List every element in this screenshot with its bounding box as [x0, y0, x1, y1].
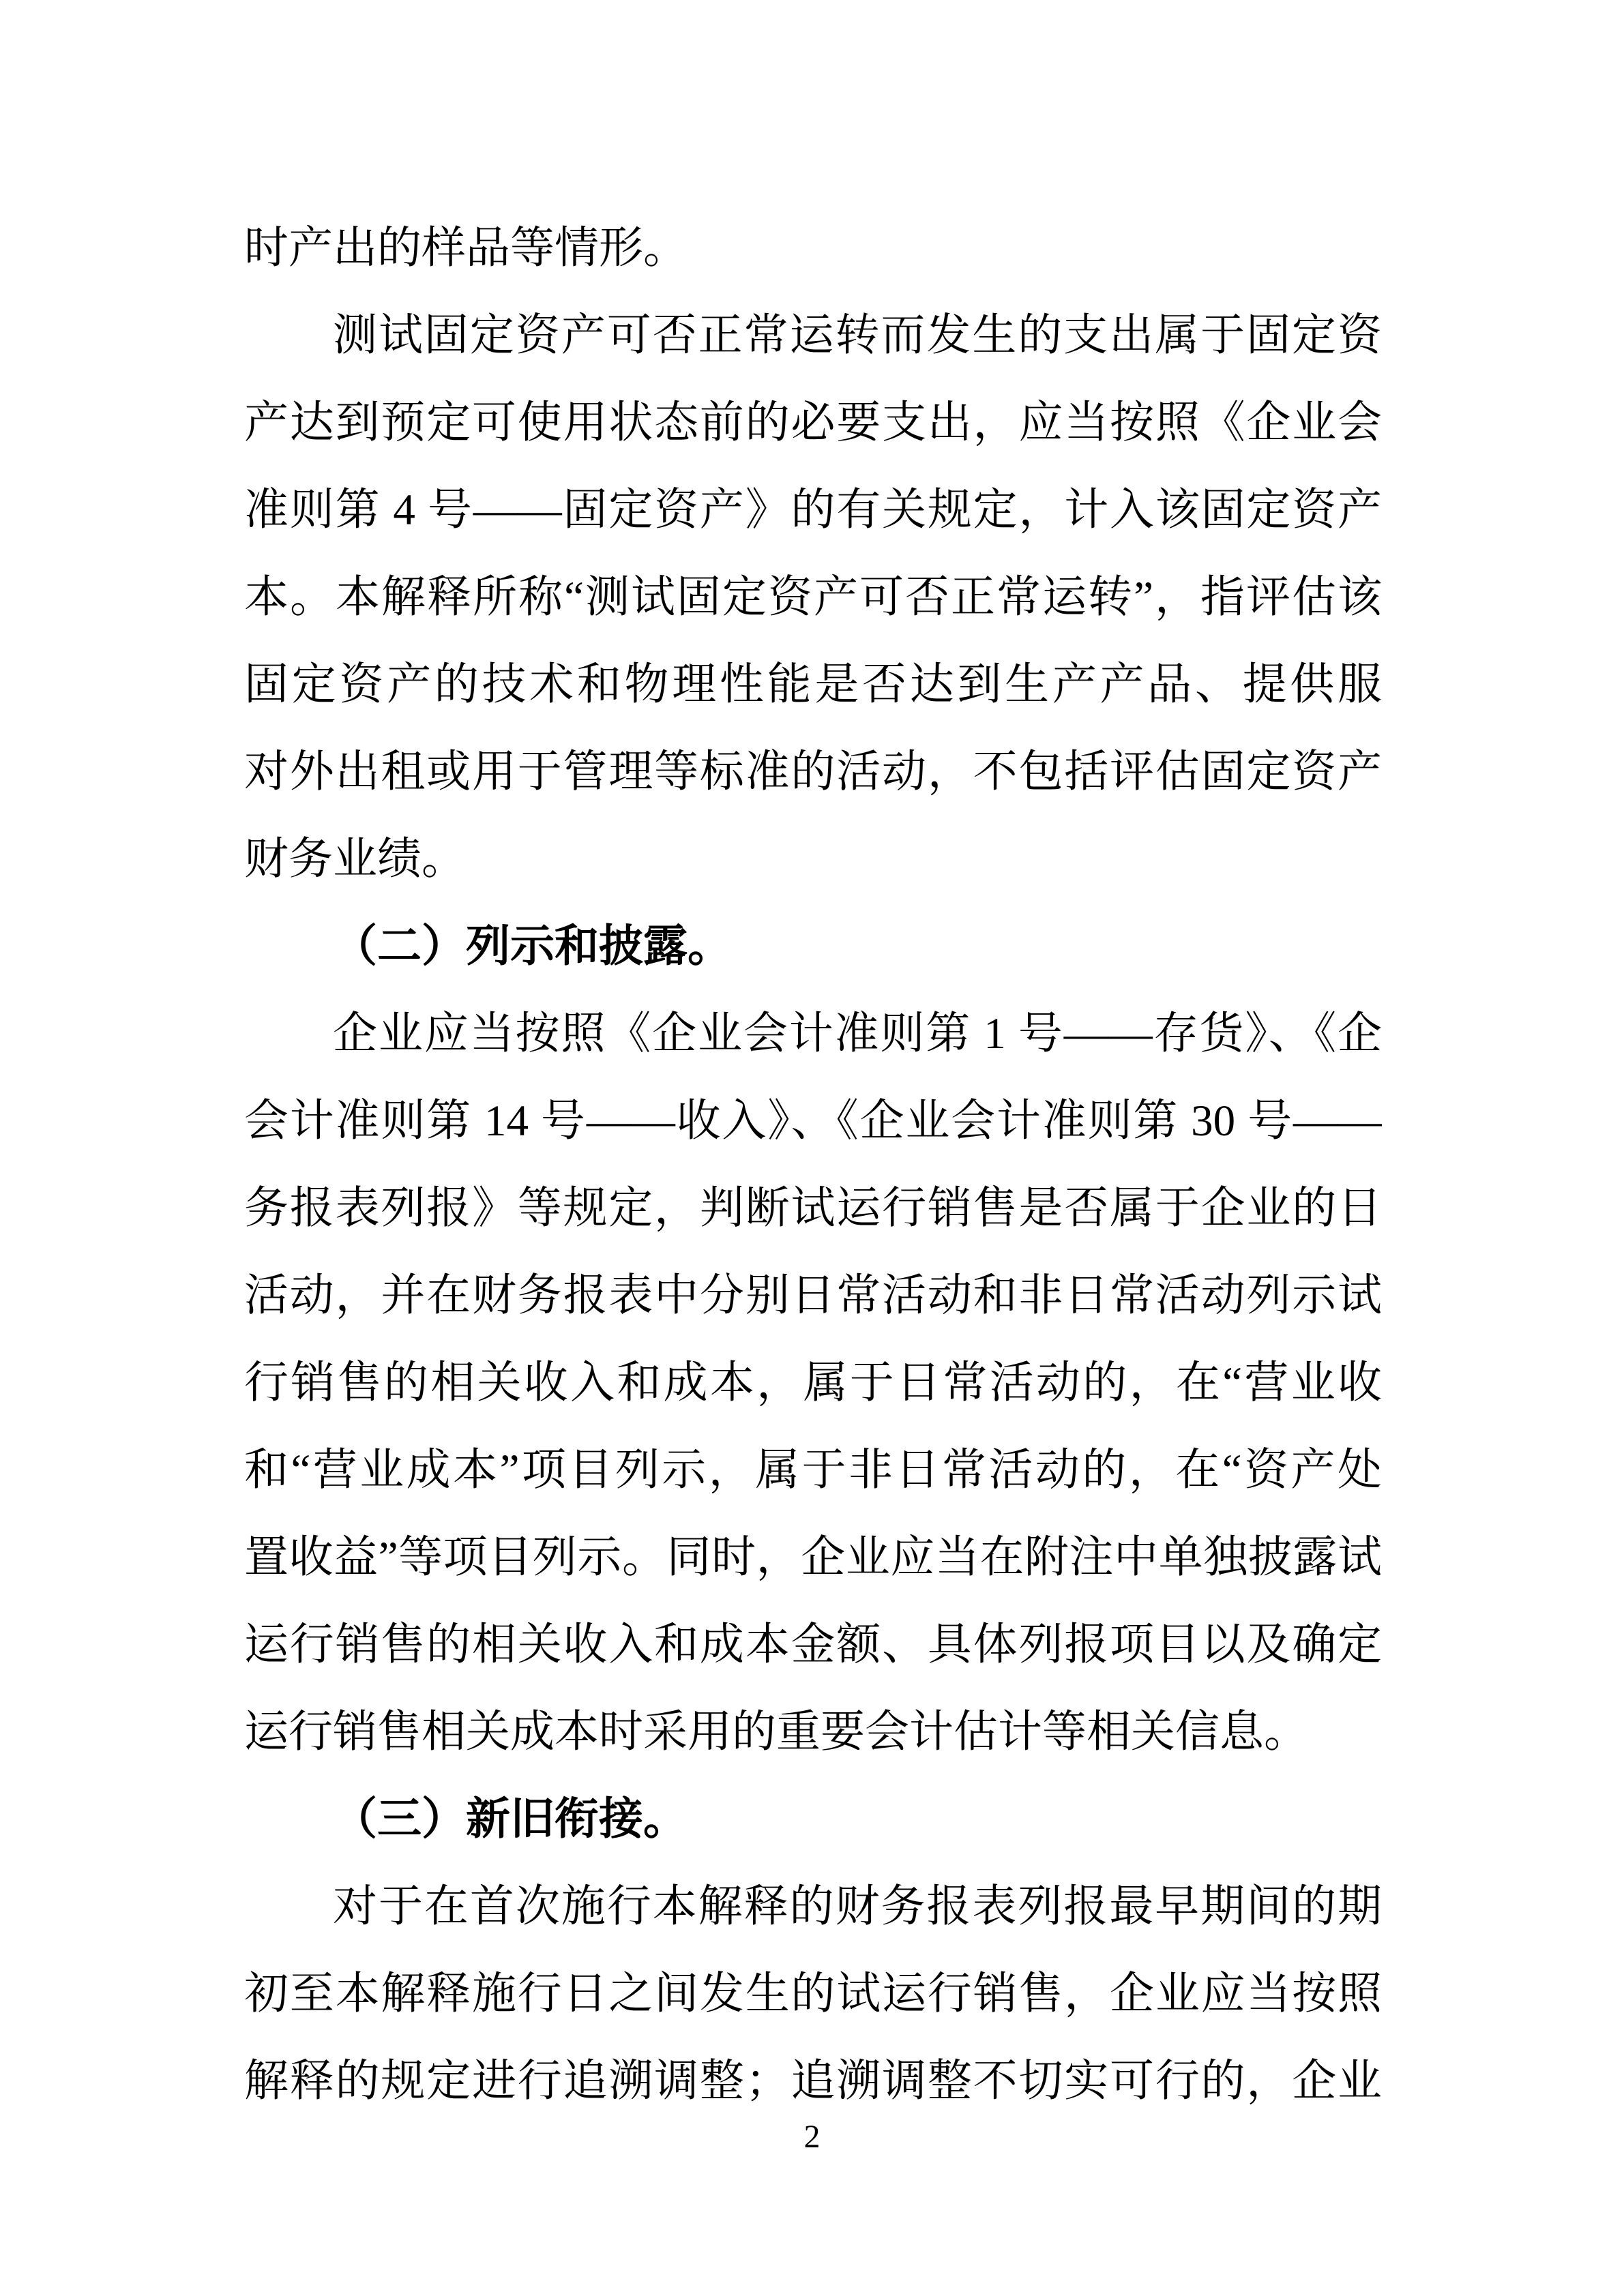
text-line-15: 和“营业成本”项目列示，属于非日常活动的，在“资产处	[244, 1427, 1382, 1514]
text-line-6: 固定资产的技术和物理性能是否达到生产产品、提供服务、	[244, 641, 1382, 728]
text-line-4: 准则第 4 号——固定资产》的有关规定，计入该固定资产成	[244, 466, 1382, 554]
text-line-9: （二）列示和披露。	[244, 903, 1382, 990]
text-line-1: 时产出的样品等情形。	[244, 205, 1382, 292]
text-line-3: 产达到预定可使用状态前的必要支出，应当按照《企业会计	[244, 379, 1382, 466]
text-line-16: 置收益”等项目列示。同时，企业应当在附注中单独披露试	[244, 1514, 1382, 1601]
text-line-14: 行销售的相关收入和成本，属于日常活动的，在“营业收入”	[244, 1339, 1382, 1427]
page-footer: 2	[0, 2117, 1624, 2158]
text-line-5: 本。本解释所称“测试固定资产可否正常运转”，指评估该	[244, 554, 1382, 641]
text-line-2: 测试固定资产可否正常运转而发生的支出属于固定资	[244, 292, 1382, 379]
text-line-17: 运行销售的相关收入和成本金额、具体列报项目以及确定试	[244, 1601, 1382, 1688]
text-line-20: 对于在首次施行本解释的财务报表列报最早期间的期	[244, 1863, 1382, 1950]
document-body: 时产出的样品等情形。测试固定资产可否正常运转而发生的支出属于固定资产达到预定可使…	[244, 205, 1382, 2125]
text-line-19: （三）新旧衔接。	[244, 1776, 1382, 1863]
page-number: 2	[804, 2119, 821, 2155]
text-line-10: 企业应当按照《企业会计准则第 1 号——存货》、《企业	[244, 990, 1382, 1077]
text-line-7: 对外出租或用于管理等标准的活动，不包括评估固定资产的	[244, 728, 1382, 816]
text-line-13: 活动，并在财务报表中分别日常活动和非日常活动列示试运	[244, 1252, 1382, 1339]
text-line-11: 会计准则第 14 号——收入》、《企业会计准则第 30 号——财	[244, 1077, 1382, 1165]
text-line-18: 运行销售相关成本时采用的重要会计估计等相关信息。	[244, 1688, 1382, 1776]
text-line-12: 务报表列报》等规定，判断试运行销售是否属于企业的日常	[244, 1165, 1382, 1252]
document-page: 时产出的样品等情形。测试固定资产可否正常运转而发生的支出属于固定资产达到预定可使…	[0, 0, 1624, 2296]
text-line-22: 解释的规定进行追溯调整；追溯调整不切实可行的，企业应	[244, 2038, 1382, 2125]
text-line-21: 初至本解释施行日之间发生的试运行销售，企业应当按照本	[244, 1950, 1382, 2038]
text-line-8: 财务业绩。	[244, 816, 1382, 903]
